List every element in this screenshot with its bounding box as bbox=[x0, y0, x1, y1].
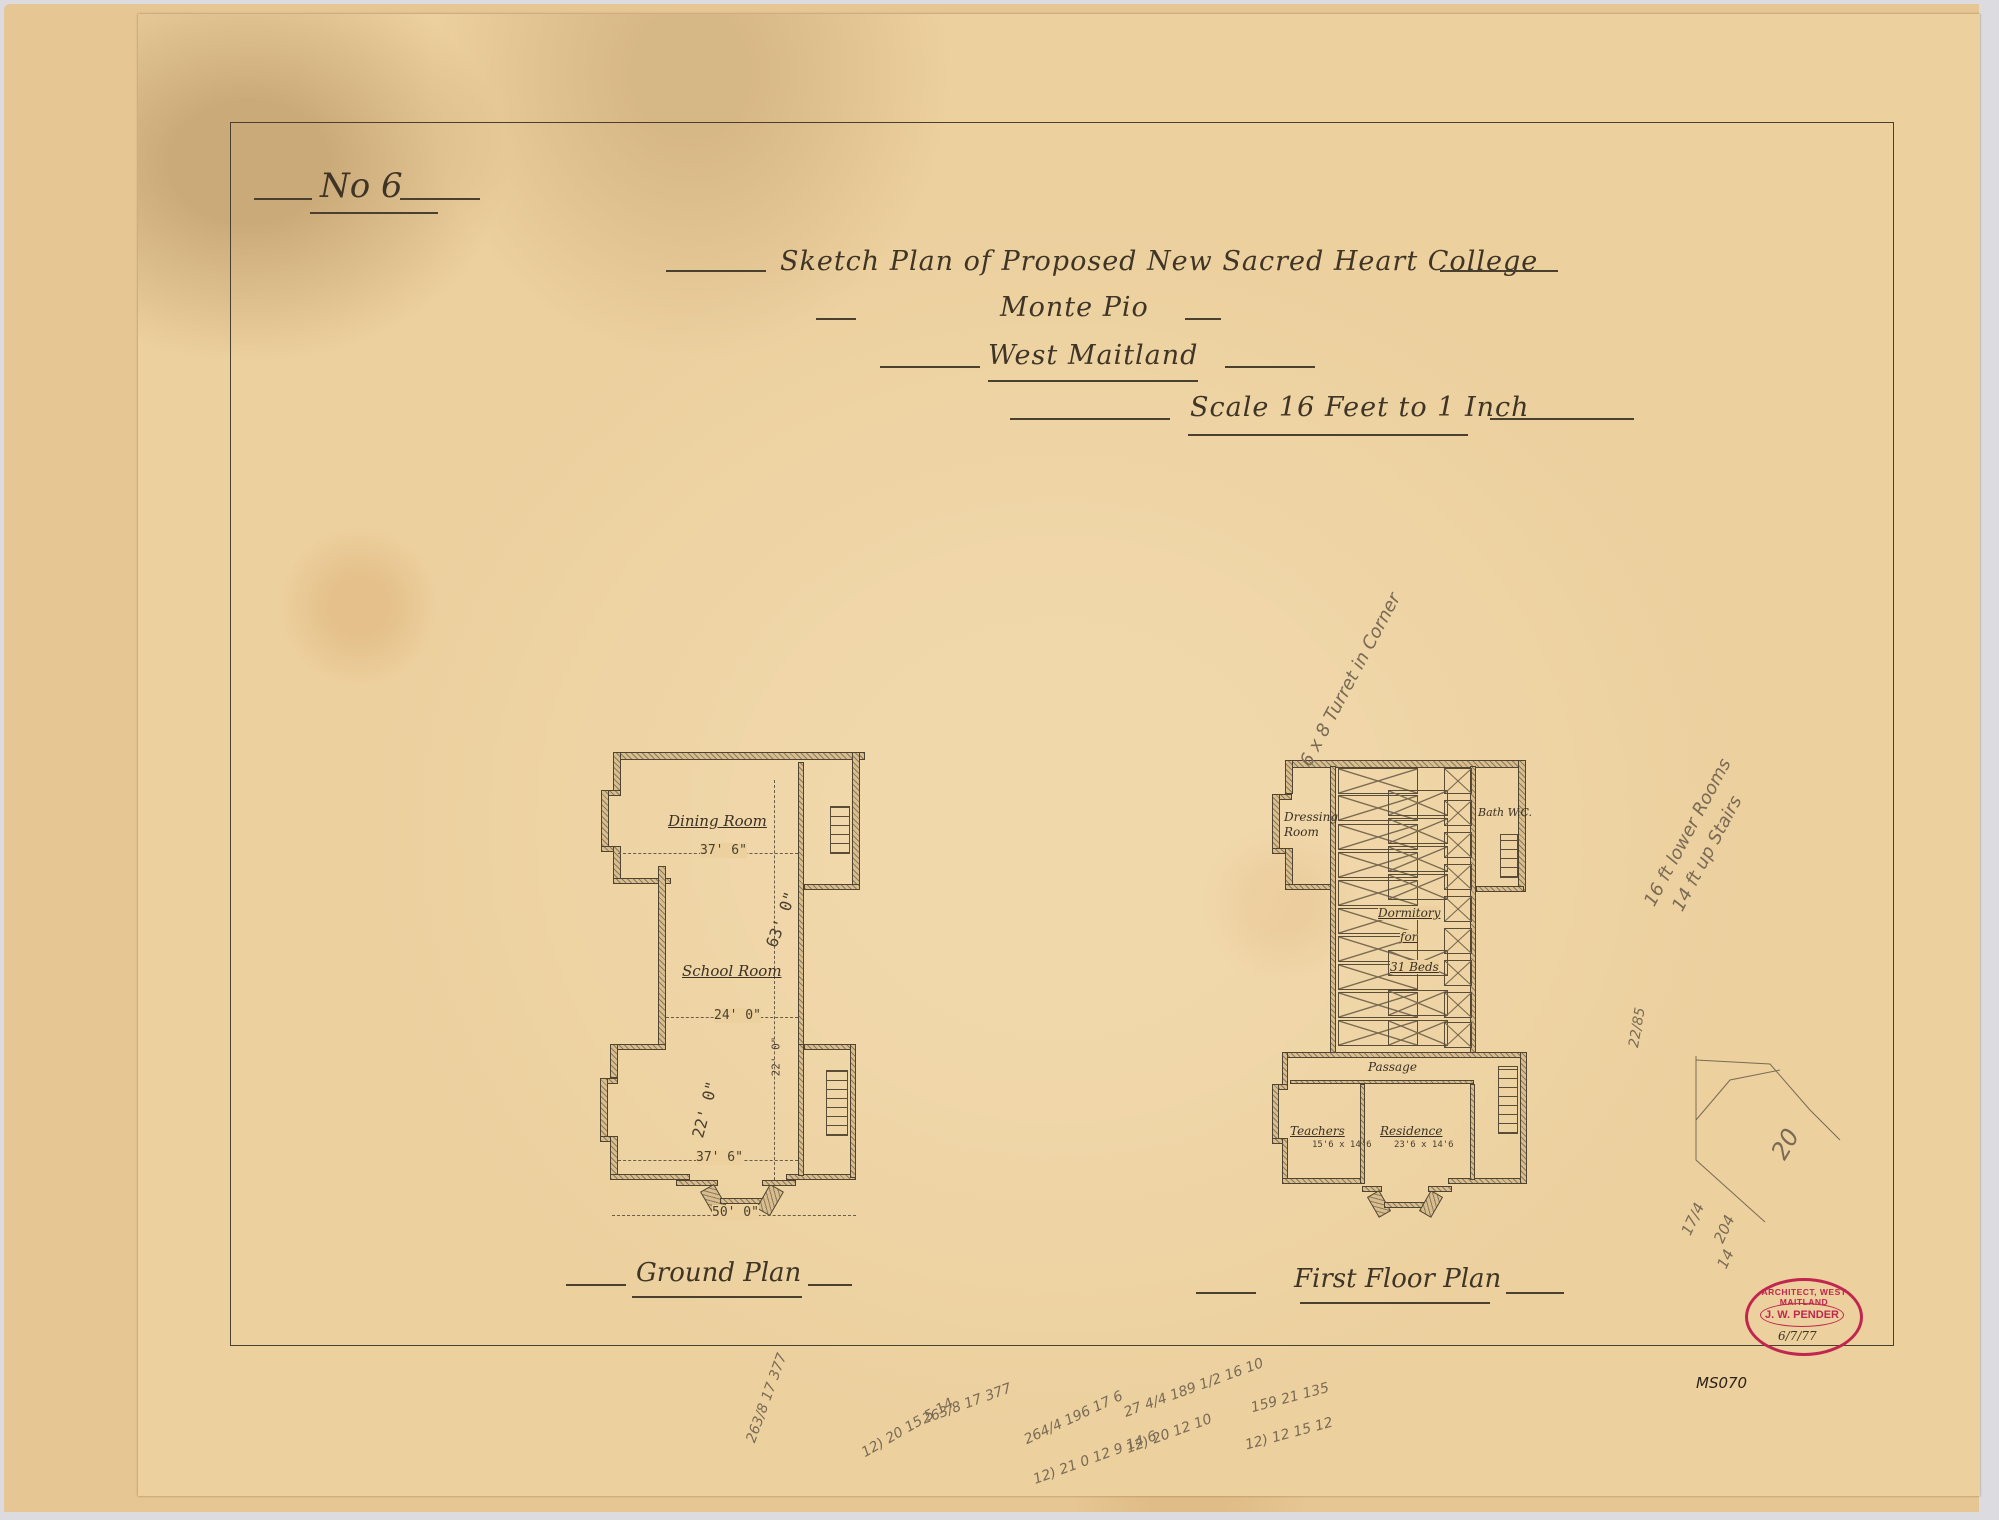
rule bbox=[1506, 1292, 1564, 1294]
rule bbox=[666, 270, 766, 272]
dim-side-depth: 22' 0" bbox=[769, 1037, 782, 1077]
title-line-3: West Maitland bbox=[988, 340, 1198, 371]
wall bbox=[613, 752, 621, 792]
wall bbox=[613, 752, 865, 760]
wall bbox=[613, 846, 621, 882]
room-label-school: School Room bbox=[682, 962, 782, 980]
wall bbox=[1476, 886, 1524, 892]
wall bbox=[610, 1044, 666, 1050]
dimension-line bbox=[774, 780, 775, 1180]
rule bbox=[988, 380, 1198, 382]
dim-school-width: 24' 0" bbox=[714, 1008, 761, 1023]
wall bbox=[798, 762, 804, 1046]
room-label-dining: Dining Room bbox=[668, 812, 767, 830]
title-line-1: Sketch Plan of Proposed New Sacred Heart… bbox=[780, 246, 1538, 277]
rule bbox=[1440, 270, 1558, 272]
wall bbox=[1285, 760, 1525, 768]
wall bbox=[600, 1078, 608, 1138]
wall bbox=[1285, 884, 1335, 890]
wall bbox=[762, 1180, 796, 1186]
rule bbox=[1225, 366, 1315, 368]
wall bbox=[1282, 1052, 1526, 1058]
wall bbox=[1290, 1080, 1474, 1084]
rule bbox=[1196, 1292, 1256, 1294]
room-label-teachers: Teachers bbox=[1290, 1124, 1345, 1138]
ground-plan-label: Ground Plan bbox=[636, 1258, 801, 1288]
wall bbox=[1428, 1186, 1452, 1192]
title-line-4: Scale 16 Feet to 1 Inch bbox=[1190, 392, 1530, 423]
wall bbox=[1272, 794, 1280, 850]
architect-stamp: ARCHITECT, WEST MAITLAND J. W. PENDER 6/… bbox=[1745, 1278, 1863, 1356]
rule bbox=[1188, 434, 1468, 436]
catalog-number: MS070 bbox=[1696, 1374, 1747, 1392]
dim-dining-width: 37' 6" bbox=[700, 843, 747, 858]
wall bbox=[1285, 760, 1293, 794]
rule bbox=[400, 198, 480, 200]
wall bbox=[1282, 1052, 1288, 1086]
rule bbox=[1185, 318, 1221, 320]
sheet-number: No 6 bbox=[320, 166, 403, 206]
wall bbox=[1360, 1084, 1365, 1184]
wall bbox=[786, 1174, 856, 1180]
wall bbox=[804, 884, 860, 890]
dormitory-label-for: for bbox=[1400, 930, 1417, 944]
rule bbox=[1010, 418, 1170, 420]
wall bbox=[1272, 1084, 1279, 1142]
room-label-bath: Bath W.C. bbox=[1478, 806, 1532, 819]
stamp-name: J. W. PENDER bbox=[1760, 1303, 1844, 1327]
rule bbox=[566, 1284, 626, 1286]
teachers-size: 15'6 x 14'6 bbox=[1312, 1140, 1372, 1150]
wall bbox=[1470, 1084, 1475, 1180]
staircase bbox=[826, 1070, 848, 1136]
room-label-passage: Passage bbox=[1368, 1060, 1417, 1074]
staircase bbox=[1498, 1066, 1518, 1134]
wall bbox=[601, 790, 609, 852]
residence-size: 23'6 x 14'6 bbox=[1394, 1140, 1454, 1150]
rule bbox=[632, 1296, 802, 1298]
staircase bbox=[1500, 834, 1518, 878]
wall bbox=[1282, 1138, 1288, 1180]
wall bbox=[658, 866, 666, 1046]
wall bbox=[852, 752, 860, 888]
wall bbox=[1520, 1052, 1527, 1184]
first-floor-plan-label: First Floor Plan bbox=[1294, 1264, 1501, 1294]
rule bbox=[310, 212, 438, 214]
wall bbox=[850, 1044, 856, 1178]
wall bbox=[804, 1044, 856, 1050]
dormitory-label: Dormitory bbox=[1378, 906, 1440, 920]
rule bbox=[254, 198, 312, 200]
wall bbox=[798, 1044, 804, 1176]
dim-overall-width: 50' 0" bbox=[712, 1205, 759, 1220]
dim-lower-width: 37' 6" bbox=[696, 1150, 743, 1165]
rule bbox=[880, 366, 980, 368]
rule bbox=[1300, 1302, 1490, 1304]
wall bbox=[1448, 1178, 1526, 1184]
rule bbox=[808, 1284, 852, 1286]
wall bbox=[1282, 1178, 1362, 1184]
dormitory-label-beds: 31 Beds bbox=[1390, 960, 1439, 974]
wall bbox=[1518, 760, 1526, 892]
wall bbox=[1285, 848, 1293, 888]
rule bbox=[1490, 418, 1634, 420]
room-label-dressing: Dressing Room bbox=[1284, 810, 1330, 840]
staircase bbox=[830, 806, 850, 854]
room-label-residence: Residence bbox=[1380, 1124, 1442, 1138]
wall bbox=[610, 1136, 618, 1176]
rule bbox=[816, 318, 856, 320]
wall bbox=[610, 1044, 618, 1078]
stamp-date: 6/7/77 bbox=[1778, 1329, 1817, 1343]
title-line-2: Monte Pio bbox=[1000, 292, 1149, 323]
